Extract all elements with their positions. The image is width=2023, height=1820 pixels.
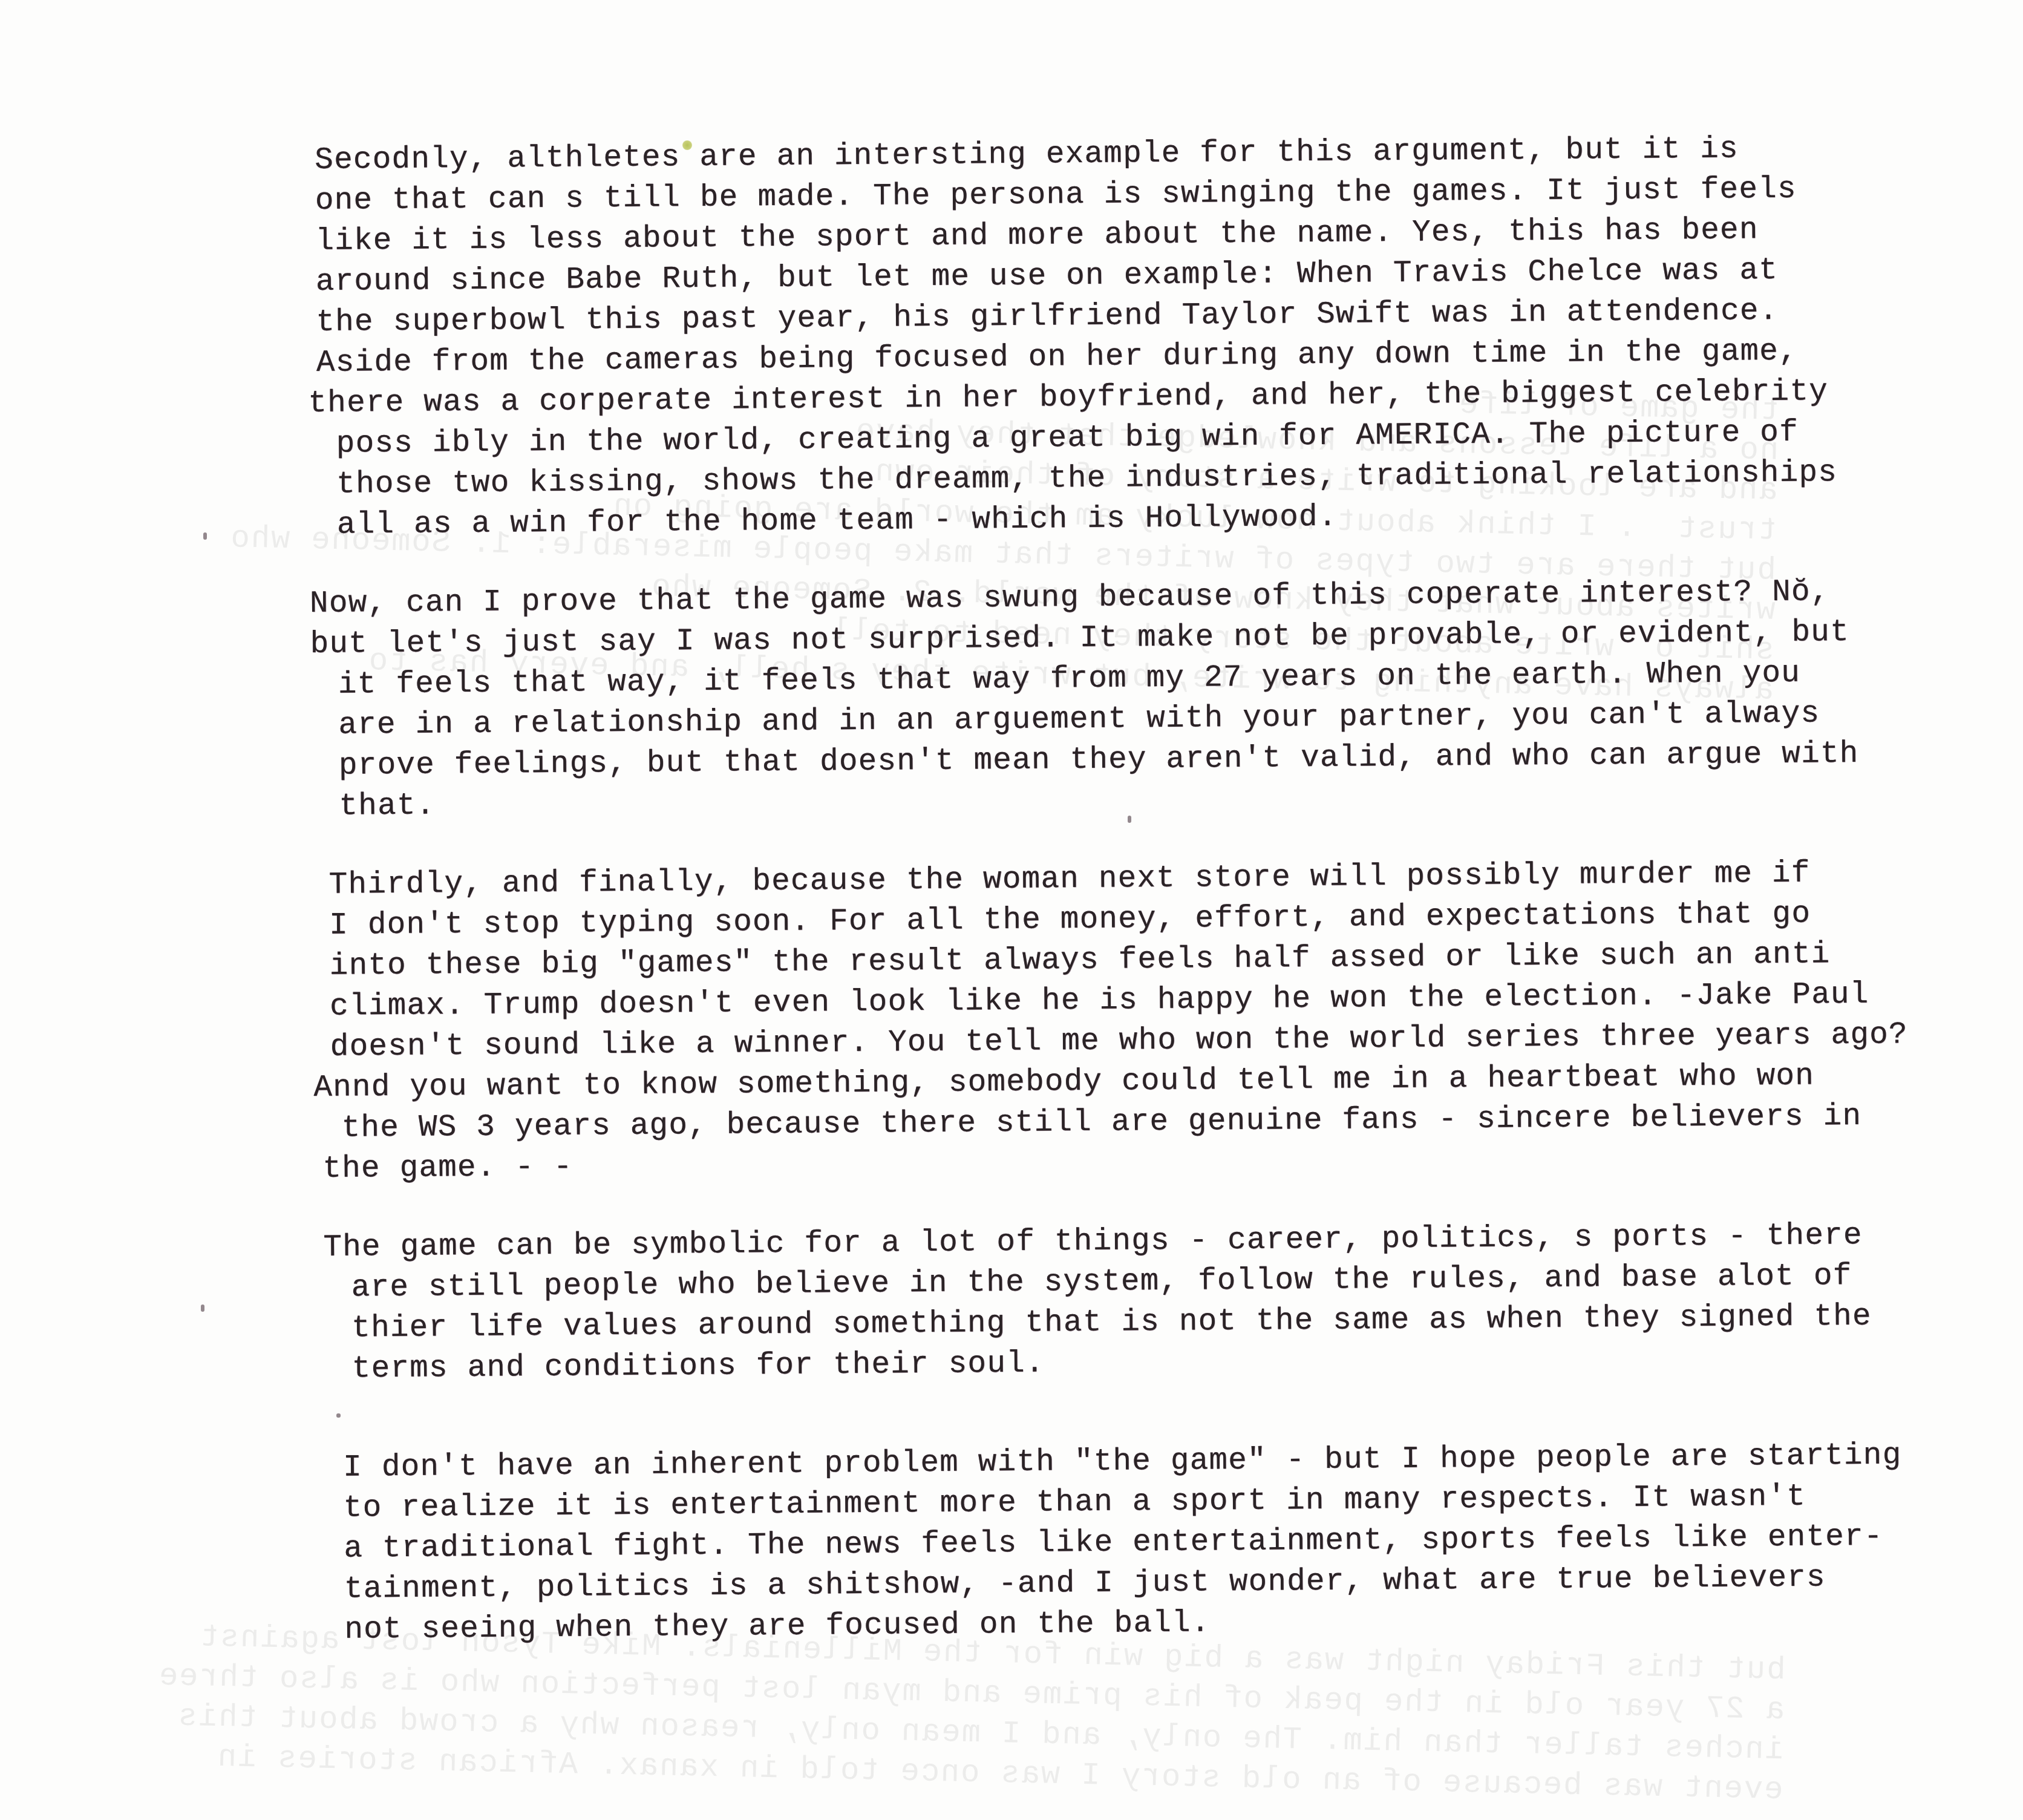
scanned-page: the game of life no a life lessons and k…: [0, 0, 2023, 1820]
paragraph-conclusion: I don't have an inherent problem with "t…: [325, 1435, 2021, 1651]
paragraph-now: Now, can I prove that the game was swung…: [318, 571, 2014, 827]
paragraph-thirdly: Thirdly, and finally, because the woman …: [320, 852, 2016, 1190]
typewritten-body: Secodnly, althletes are an intersting ex…: [315, 127, 2021, 1689]
ink-speck: [201, 1304, 204, 1312]
paragraph-secondly: Secodnly, althletes are an intersting ex…: [315, 127, 2012, 546]
ink-speck: [203, 532, 207, 540]
paragraph-symbolic: The game can be symbolic for a lot of th…: [323, 1214, 2018, 1390]
